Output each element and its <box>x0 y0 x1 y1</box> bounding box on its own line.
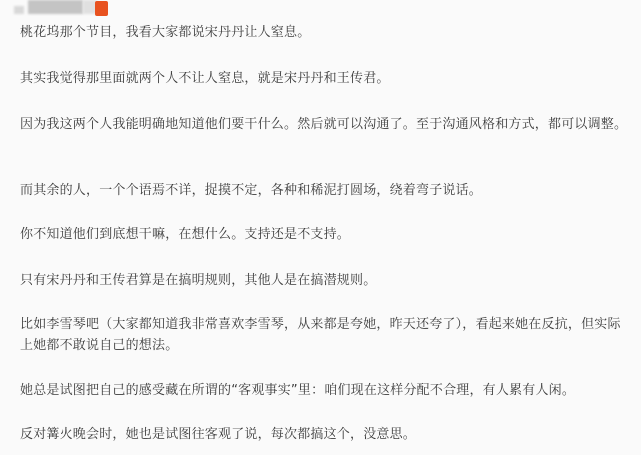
paragraph: 因为我这两个人我能明确地知道他们要干什么。然后就可以沟通了。至于沟通风格和方式，… <box>20 114 627 135</box>
blurred-avatar <box>14 6 24 14</box>
paragraph: 你不知道他们到底想干嘛，在想什么。支持还是不支持。 <box>20 224 350 245</box>
paragraph: 桃花坞那个节目，我看大家都说宋丹丹让人窒息。 <box>20 22 310 43</box>
blurred-username <box>14 0 104 14</box>
paragraph: 比如李雪琴吧（大家都知道我非常喜欢李雪琴，从来都是夸她，昨天还夸了），看起来她在… <box>20 314 630 356</box>
paragraph: 而其余的人，一个个语焉不详，捉摸不定，各种和稀泥打圆场，绕着弯子说话。 <box>20 180 482 201</box>
user-badge-icon <box>95 1 108 16</box>
paragraph: 她总是试图把自己的感受藏在所谓的“客观事实”里：咱们现在这样分配不合理，有人累有… <box>20 380 575 401</box>
paragraph: 只有宋丹丹和王传君算是在搞明规则，其他人是在搞潜规则。 <box>20 270 376 291</box>
paragraph: 其实我觉得那里面就两个人不让人窒息，就是宋丹丹和王传君。 <box>20 68 390 89</box>
blurred-name <box>28 0 83 14</box>
paragraph: 反对篝火晚会时，她也是试图往客观了说，每次都搞这个，没意思。 <box>20 424 416 445</box>
